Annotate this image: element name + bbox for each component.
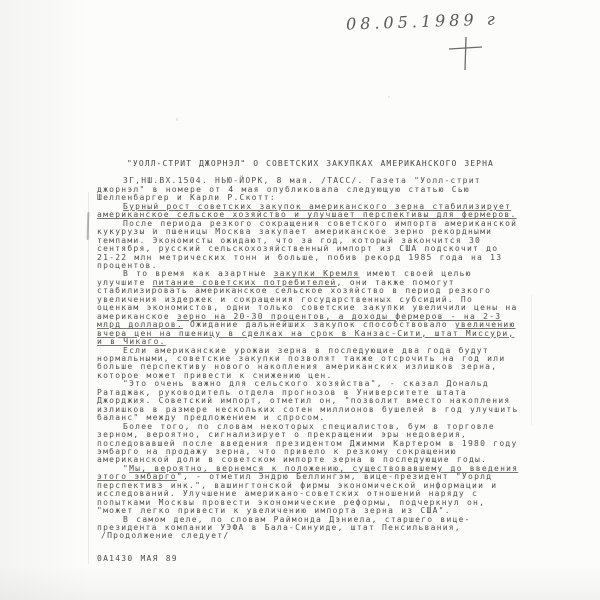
text-segment: /Продолжение следует/ — [101, 531, 229, 540]
scan-shadow-bottom — [0, 566, 600, 600]
paragraph: "Это очень важно для сельского хозяйства… — [97, 380, 521, 422]
registration-cross-icon — [446, 34, 486, 74]
text-segment: Если американские урожаи зерна в последу… — [97, 346, 505, 380]
paragraph-lede: Бурный рост советских закупок американск… — [97, 203, 521, 220]
scan-speck — [388, 96, 390, 98]
text-segment: После периода резкого сокращения советск… — [97, 219, 517, 270]
text-segment: Более того, по словам некоторых специали… — [97, 422, 518, 465]
pen-underlined-text: Бурный рост советских закупок американск… — [97, 202, 517, 219]
handwritten-date: 08.05.1989 г — [346, 9, 499, 33]
wire-code: 0А1430 МАЯ 89 — [97, 555, 521, 563]
text-segment: ЗГ,НШ.ВХ.1504. НЬЮ-ЙОРК, 8 мая. /ТАСС/. … — [97, 176, 481, 202]
paragraph: Если американские урожаи зерна в последу… — [97, 347, 521, 381]
scan-speck — [176, 118, 178, 121]
paragraph: В то время как азартные закупки Кремля и… — [97, 270, 521, 346]
scan-fold-line — [88, 192, 89, 564]
scan-edge-mark — [531, 295, 532, 425]
continuation-note: /Продолжение следует/ — [97, 532, 521, 540]
paragraph: После периода резкого сокращения советск… — [97, 220, 521, 271]
scan-shadow-left — [0, 0, 92, 600]
paragraph: "Мы, вероятно, вернемся к положению, сущ… — [97, 465, 521, 516]
paragraph-dateline: ЗГ,НШ.ВХ.1504. НЬЮ-ЙОРК, 8 мая. /ТАСС/. … — [97, 177, 521, 202]
scanned-page: 08.05.1989 г "УОЛЛ-СТРИТ ДЖОРНЭЛ" О СОВЕ… — [0, 0, 600, 600]
paragraph: Более того, по словам некоторых специали… — [97, 423, 521, 465]
text-segment: В самом деле, по словам Раймонда Дэниела… — [97, 515, 471, 532]
paragraph: В самом деле, по словам Раймонда Дэниела… — [97, 516, 521, 533]
text-segment: "Это очень важно для сельского хозяйства… — [97, 379, 519, 422]
article-title: "УОЛЛ-СТРИТ ДЖОРНЭЛ" О СОВЕТСКИХ ЗАКУПКА… — [97, 160, 521, 168]
typewritten-body: "УОЛЛ-СТРИТ ДЖОРНЭЛ" О СОВЕТСКИХ ЗАКУПКА… — [97, 160, 521, 563]
